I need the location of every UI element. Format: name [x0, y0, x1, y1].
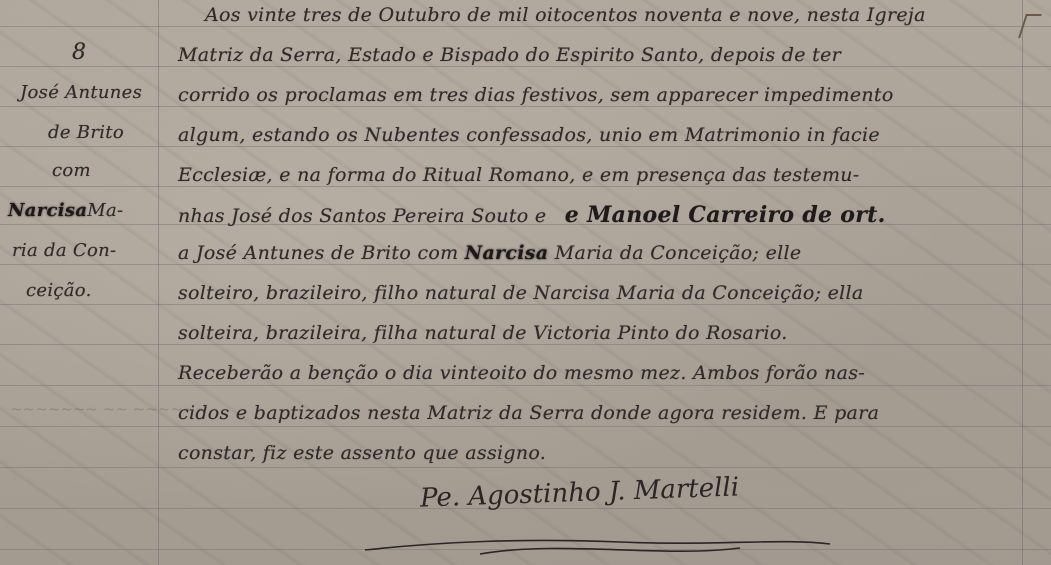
bride-name-continuation: Ma- — [87, 200, 123, 221]
body-line-10: Receberão a benção o dia vinteoito do me… — [178, 362, 865, 384]
register-page: 8 José Antunes de Brito com NarcisaMa- r… — [0, 0, 1051, 565]
body-line-2: Matriz da Serra, Estado e Bispado do Esp… — [178, 44, 841, 66]
body-line-1: Aos vinte tres de Outubro de mil oitocen… — [205, 4, 926, 26]
body-line-5: Ecclesiæ, e na forma do Ritual Romano, e… — [178, 164, 860, 186]
witness-1: nhas José dos Santos Pereira Souto e — [178, 205, 546, 227]
left-margin-rule — [158, 0, 159, 565]
body-line-11: cidos e baptizados nesta Matriz da Serra… — [178, 402, 879, 424]
body-line-12: constar, fiz este assento que assigno. — [178, 442, 546, 464]
body-line-7: a José Antunes de Brito com Narcisa Mari… — [178, 242, 801, 264]
body-line-4: algum, estando os Nubentes confessados, … — [178, 124, 880, 146]
signature-flourish — [360, 520, 840, 560]
right-margin-rule — [1022, 0, 1023, 565]
bride-name-line2: ria da Con- — [12, 240, 116, 261]
bride-clause: Maria da Conceição; elle — [555, 242, 802, 264]
bride-name-line3: ceição. — [26, 280, 92, 301]
body-line-3: corrido os proclamas em tres dias festiv… — [178, 84, 894, 106]
witness-2: e Manoel Carreiro de ort. — [565, 202, 886, 228]
smudged-name: Narcisa — [8, 200, 87, 221]
body-line-9: solteira, brazileira, filha natural de V… — [178, 322, 788, 344]
smudged-name: Narcisa — [465, 242, 549, 264]
entry-number: 8 — [72, 40, 86, 65]
margin-conjunction: com — [52, 160, 91, 181]
body-line-8: solteiro, brazileiro, filho natural de N… — [178, 282, 864, 304]
body-line-6: nhas José dos Santos Pereira Souto e e M… — [178, 202, 886, 228]
bride-name-line1: NarcisaMa- — [8, 200, 123, 221]
groom-clause: a José Antunes de Brito com — [178, 242, 458, 264]
groom-name-line2: de Brito — [48, 122, 124, 143]
groom-name-line1: José Antunes — [20, 82, 142, 103]
